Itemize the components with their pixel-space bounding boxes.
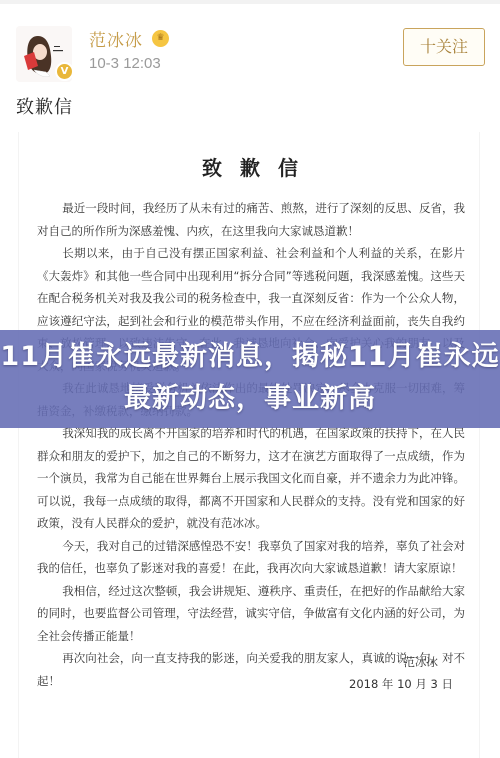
letter-paragraph: 我相信，经过这次整顿，我会讲规矩、遵秩序、重责任，在把好的作品献给大家的同时，也… bbox=[37, 580, 465, 648]
letter-title: 致歉信 bbox=[19, 152, 481, 181]
letter-signature: 范冰冰 2018 年 10 月 3 日 bbox=[19, 651, 481, 695]
headline-banner: 11月崔永远最新消息，揭秘11月崔永远最新动态，事业新高 bbox=[0, 330, 500, 428]
follow-button[interactable]: 十关注 bbox=[403, 28, 485, 66]
post-timestamp: 10-3 12:03 bbox=[89, 55, 161, 72]
post-text: 致歉信 bbox=[16, 93, 73, 119]
letter-paragraph: 我深知我的成长离不开国家的培养和时代的机遇，在国家政策的扶持下，在人民群众和朋友… bbox=[37, 422, 465, 535]
signature-date: 2018 年 10 月 3 日 bbox=[349, 677, 453, 691]
post-header: V 范冰冰 ♛ 10-3 12:03 十关注 bbox=[0, 4, 500, 84]
letter-body: 最近一段时间，我经历了从未有过的痛苦、煎熬，进行了深刻的反思、反省，我对自己的所… bbox=[37, 197, 465, 692]
apology-letter-image[interactable]: 致歉信 最近一段时间，我经历了从未有过的痛苦、煎熬，进行了深刻的反思、反省，我对… bbox=[18, 132, 480, 758]
signature-name: 范冰冰 bbox=[19, 651, 453, 673]
banner-headline: 11月崔永远最新消息，揭秘11月崔永远最新动态，事业新高 bbox=[0, 336, 500, 420]
verified-badge-icon: V bbox=[55, 62, 74, 81]
letter-paragraph: 最近一段时间，我经历了从未有过的痛苦、煎熬，进行了深刻的反思、反省，我对自己的所… bbox=[37, 197, 465, 242]
letter-paragraph: 今天，我对自己的过错深感惶恐不安！我辜负了国家对我的培养，辜负了社会对我的信任，… bbox=[37, 535, 465, 580]
vip-crown-icon: ♛ bbox=[152, 30, 169, 47]
author-name[interactable]: 范冰冰 bbox=[89, 26, 143, 51]
